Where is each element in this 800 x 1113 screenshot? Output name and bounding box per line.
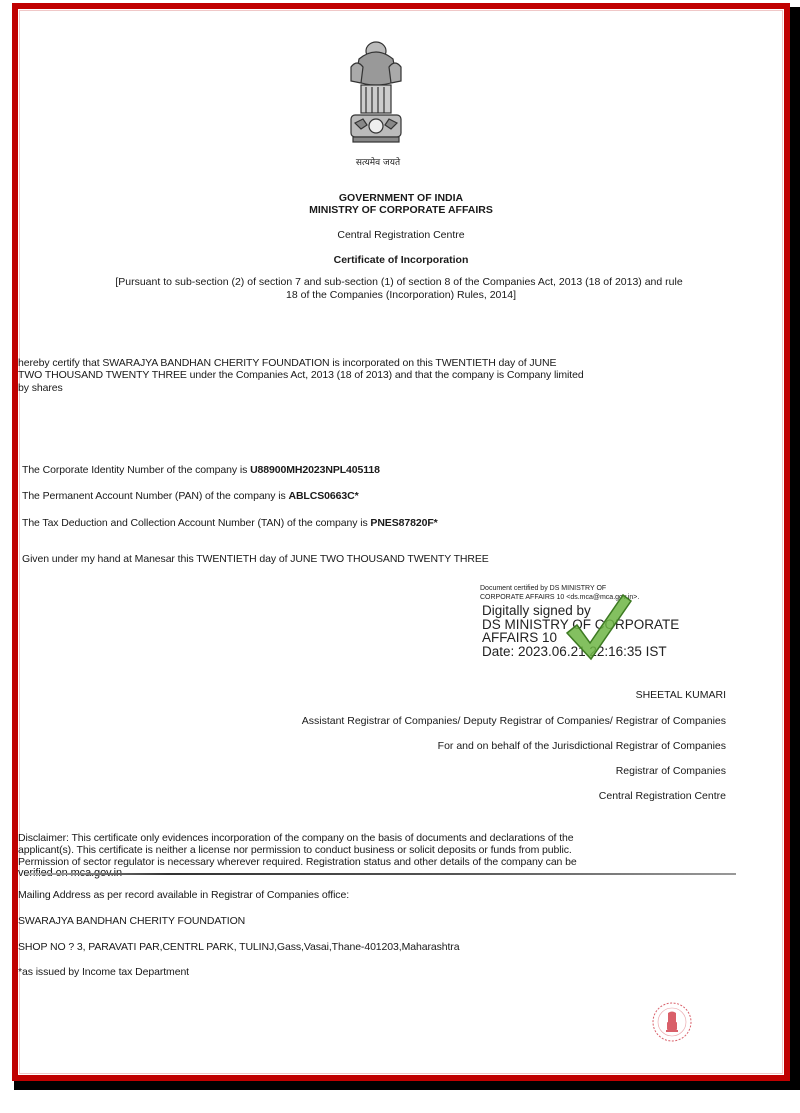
tan-label: The Tax Deduction and Collection Account… bbox=[22, 517, 370, 529]
registrar-name: SHEETAL KUMARI bbox=[636, 689, 726, 701]
pan-tan-footnote: *as issued by Income tax Department bbox=[18, 966, 189, 978]
disclaimer-line-2: applicant(s). This certificate is neithe… bbox=[18, 844, 572, 856]
registrar-centre: Central Registration Centre bbox=[599, 790, 726, 802]
certificate-frame: सत्यमेव जयते GOVERNMENT OF INDIA MINISTR… bbox=[12, 3, 790, 1081]
mailing-label: Mailing Address as per record available … bbox=[18, 889, 349, 901]
pan-value: ABLCS0663C* bbox=[288, 490, 358, 502]
cin-label: The Corporate Identity Number of the com… bbox=[22, 464, 250, 476]
certificate-title: Certificate of Incorporation bbox=[18, 254, 784, 266]
certify-line-2: TWO THOUSAND TWENTY THREE under the Comp… bbox=[18, 369, 584, 381]
certify-line-1: hereby certify that SWARAJYA BANDHAN CHE… bbox=[18, 357, 556, 369]
mailing-company: SWARAJYA BANDHAN CHERITY FOUNDATION bbox=[18, 915, 245, 927]
registrar-office: Registrar of Companies bbox=[616, 765, 726, 777]
roc-seal-icon bbox=[650, 1000, 694, 1044]
header-ministry: MINISTRY OF CORPORATE AFFAIRS bbox=[18, 204, 784, 216]
cin-row: The Corporate Identity Number of the com… bbox=[22, 464, 380, 476]
registrar-designation: Assistant Registrar of Companies/ Deputy… bbox=[302, 715, 726, 727]
signature-valid-check-icon bbox=[563, 589, 633, 664]
header-centre: Central Registration Centre bbox=[18, 229, 784, 241]
disclaimer-line-1: Disclaimer: This certificate only eviden… bbox=[18, 832, 574, 844]
mailing-address: SHOP NO ? 3, PARAVATI PAR,CENTRL PARK, T… bbox=[18, 941, 459, 953]
tan-row: The Tax Deduction and Collection Account… bbox=[22, 517, 438, 529]
header-government: GOVERNMENT OF INDIA bbox=[18, 192, 784, 204]
registrar-behalf: For and on behalf of the Jurisdictional … bbox=[438, 740, 726, 752]
ashoka-emblem-icon bbox=[339, 37, 413, 155]
pursuant-line-2: 18 of the Companies (Incorporation) Rule… bbox=[18, 289, 784, 301]
given-under-hand: Given under my hand at Manesar this TWEN… bbox=[22, 553, 489, 565]
emblem-motto: सत्यमेव जयते bbox=[340, 155, 416, 168]
pan-label: The Permanent Account Number (PAN) of th… bbox=[22, 490, 288, 502]
pan-row: The Permanent Account Number (PAN) of th… bbox=[22, 490, 359, 502]
cin-value: U88900MH2023NPL405118 bbox=[250, 464, 380, 476]
disclaimer-divider bbox=[26, 873, 736, 875]
pursuant-line-1: [Pursuant to sub-section (2) of section … bbox=[16, 276, 782, 288]
tan-value: PNES87820F* bbox=[370, 517, 437, 529]
certify-line-3: by shares bbox=[18, 382, 63, 394]
